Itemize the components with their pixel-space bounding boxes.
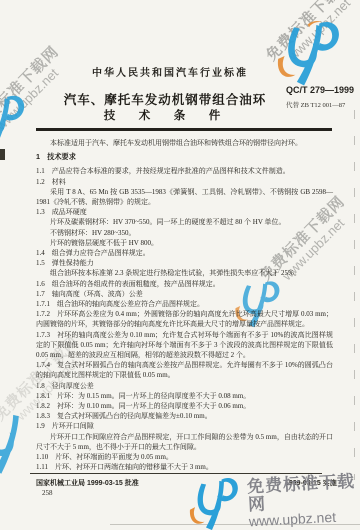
paragraph: 1.11 片环、衬环开口两端在轴向的错移量不大于 3 mm。 bbox=[36, 462, 333, 472]
standard-replaces: 代替 ZB T12 001—87 bbox=[286, 100, 345, 109]
page-number: 258 bbox=[42, 489, 53, 497]
paragraph: 片环及碳素钢材环：HV 370~550。同一环上的硬度差不超过 80 个 HV … bbox=[36, 217, 333, 227]
paragraph: 1.9 片环开口间隙 bbox=[36, 421, 333, 431]
paragraph: 1.7.1 组合油环的轴向高度公差应符合产品图样规定。 bbox=[36, 299, 333, 309]
paragraph: 1.8.3 复合式衬环圆弧凸台的径向厚度偏差为±0.10 mm。 bbox=[36, 411, 333, 421]
paragraph: 不锈钢材环：HV 280~350。 bbox=[36, 228, 333, 238]
paragraph: 1.7.2 片环环高公差应为 0.4 mm；外圆镀铬部分的轴向高度允许比环高最大… bbox=[36, 309, 333, 329]
paragraph: 1.8.2 衬环：为 0.10 mm。同一片环上的径向厚度差不大于 0.06 m… bbox=[36, 401, 333, 411]
paragraph: 1.4 组合弹力应符合产品图样规定。 bbox=[36, 248, 333, 258]
section-heading: 1 技术要求 bbox=[36, 152, 333, 162]
footer-rule bbox=[30, 473, 322, 474]
paragraph: 1.2 材料 bbox=[36, 177, 333, 187]
paragraph-scope: 本标准适用于汽车、摩托车发动机用钢带组合油环和铸铁组合环的钢带径向衬环。 bbox=[36, 138, 333, 148]
paragraph: 1.1 产品应符合本标准的要求，并按经规定程序批准的产品图样和技术文件制造。 bbox=[36, 166, 333, 176]
paragraph: 1.10 片环、衬环端面的平面度为 0.05 mm。 bbox=[36, 452, 333, 462]
paragraph: 1.6 组合油环的各组成件的表面粗糙度，按产品图样规定。 bbox=[36, 279, 333, 289]
standard-org-line: 中华人民共和国汽车行业标准 bbox=[30, 64, 310, 79]
header-rule bbox=[36, 128, 332, 131]
paragraph: 1.8.1 片环：为 0.15 mm。同一片环上的径向厚度差不大于 0.08 m… bbox=[36, 391, 333, 401]
paragraph: 1.7.4 复合式衬环圆弧凸台的轴向高度公差按产品图样规定。允许每圈有不多于 1… bbox=[36, 360, 333, 380]
paragraph: 1.5 弹性保持能力 bbox=[36, 258, 333, 268]
document-page: 免费标准下载网 www.upbz.net 免费标准下载网 www.upbz.ne… bbox=[0, 0, 360, 530]
paragraph: 片环的镀铬层硬度不低于 HV 800。 bbox=[36, 238, 333, 248]
standard-code: QC/T 279—1999 bbox=[286, 85, 354, 95]
paragraph: 采用 T 8 A、65 Mn 按 GB 3535—1983《弹簧钢、工具钢、冷轧… bbox=[36, 187, 333, 207]
paragraph: 1.3 成品环硬度 bbox=[36, 207, 333, 217]
document-title-line2: 技 术 条 件 bbox=[20, 107, 310, 123]
paragraph: 片环开口工作间隙应符合产品图样规定，开口工作间隙的公差带为 0.5 mm，自由状… bbox=[36, 432, 333, 452]
footer-implementation: 1999-03-15 实施 bbox=[285, 478, 337, 488]
paragraph: 1.8 径向厚度公差 bbox=[36, 381, 333, 391]
document-content: 中华人民共和国汽车行业标准 汽车、摩托车发动机钢带组合油环 技 术 条 件 QC… bbox=[0, 0, 360, 530]
paragraph: 组合油环按本标准第 2.3 条规定进行热稳定性试验，其弹性损失率应不大于 25%… bbox=[36, 268, 333, 278]
footer-approval: 国家机械工业局 1999-03-15 批准 bbox=[36, 478, 139, 488]
paragraph: 1.7.3 衬环的轴向高度公差为 0.10 mm；允许复合式衬环每个端面有不多于… bbox=[36, 330, 333, 361]
body-text: 本标准适用于汽车、摩托车发动机用钢带组合油环和铸铁组合环的钢带径向衬环。 1 技… bbox=[36, 138, 333, 473]
paragraph: 1.7 轴向高度（环高、波高）公差 bbox=[36, 289, 333, 299]
document-title-line1: 汽车、摩托车发动机钢带组合油环 bbox=[20, 90, 310, 108]
